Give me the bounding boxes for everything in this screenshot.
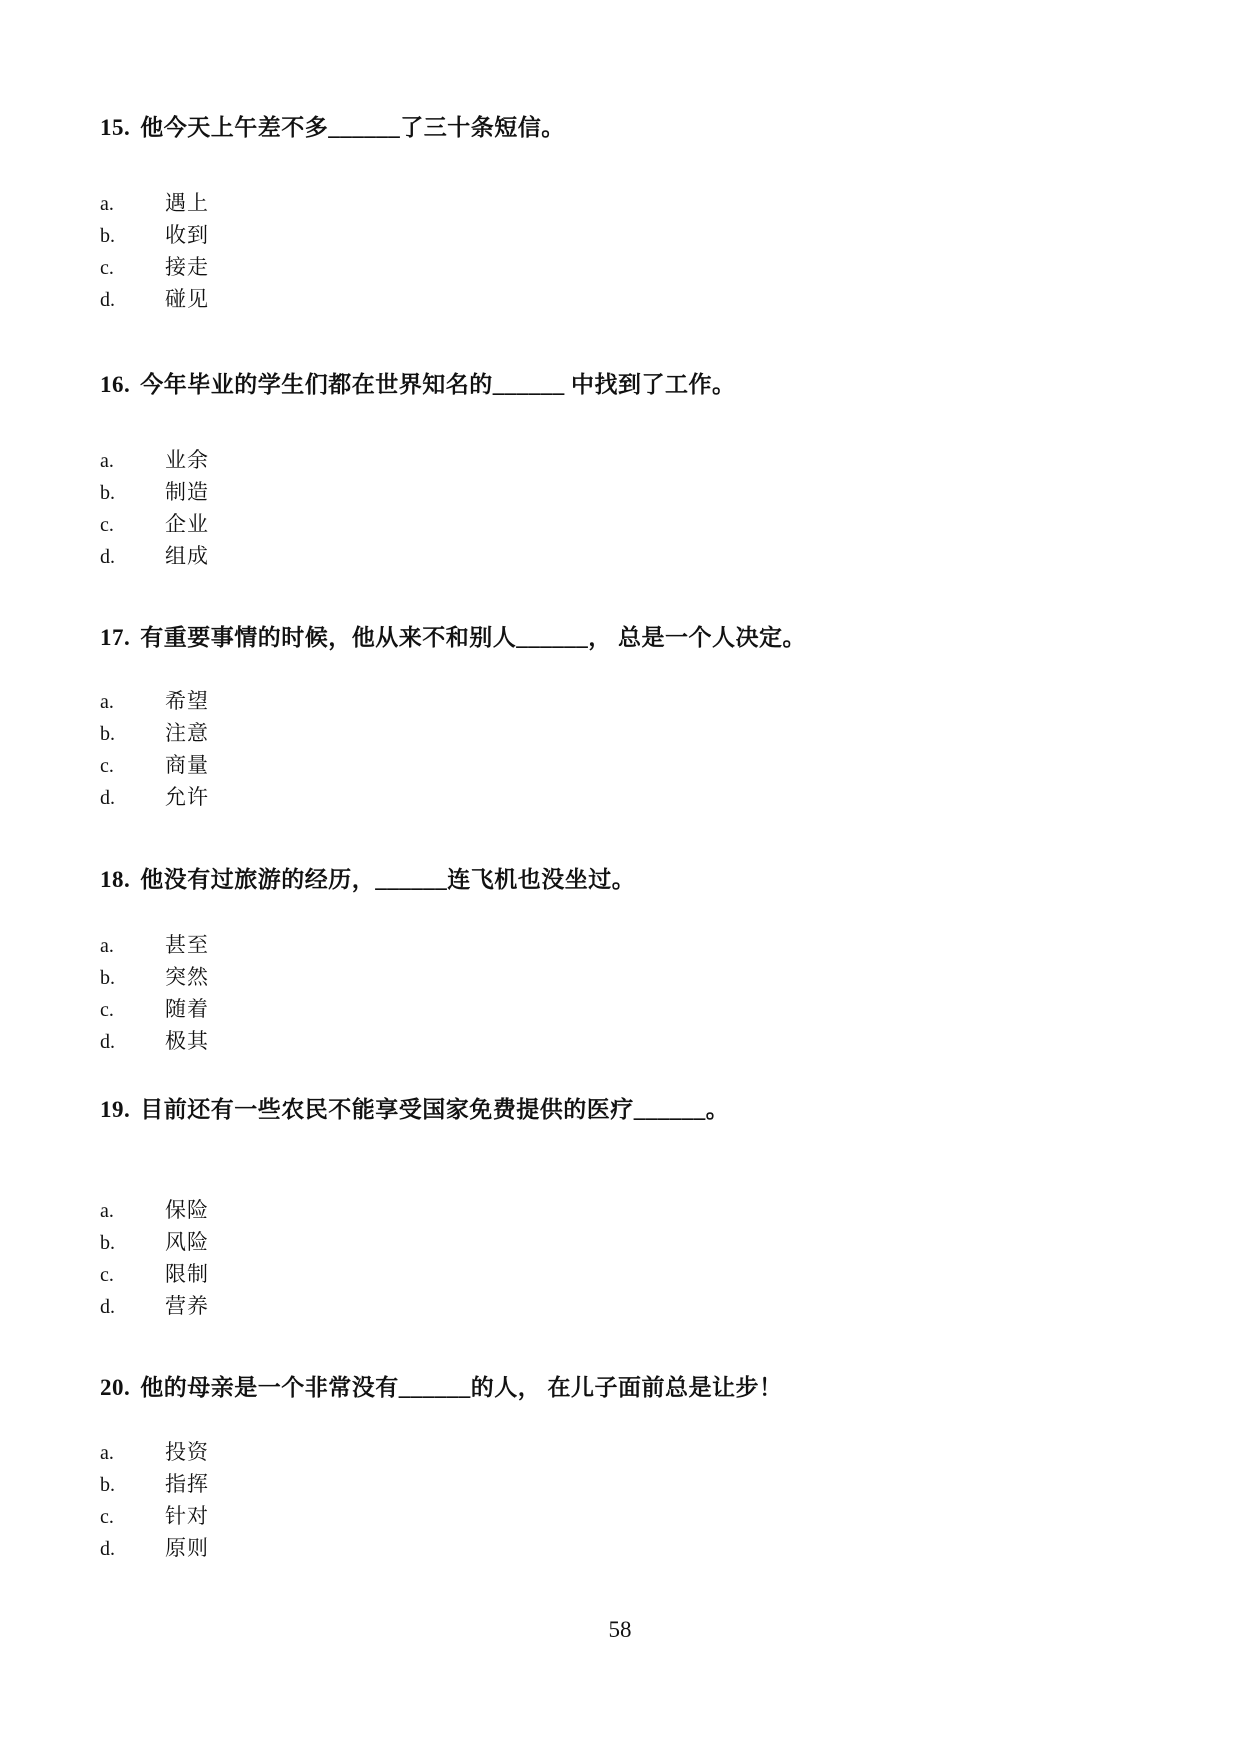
option-text: 制造 — [165, 477, 209, 508]
option-text: 允许 — [165, 782, 209, 813]
option-letter: c. — [100, 751, 165, 782]
question-20-header: 20.他的母亲是一个非常没有______的人， 在儿子面前总是让步！ — [100, 1371, 1180, 1405]
option-text: 甚至 — [165, 930, 209, 961]
option-letter: d. — [100, 783, 165, 814]
question-20-option-c: c. 针对 — [100, 1501, 1180, 1533]
option-letter: d. — [100, 285, 165, 316]
option-text: 原则 — [165, 1533, 209, 1564]
option-letter: d. — [100, 1027, 165, 1058]
question-15: 15.他今天上午差不多______了三十条短信。 a. 遇上 b. 收到 c. … — [100, 111, 1180, 316]
test-page: 15.他今天上午差不多______了三十条短信。 a. 遇上 b. 收到 c. … — [0, 0, 1240, 1754]
question-19-option-b: b. 风险 — [100, 1227, 1180, 1259]
question-18-option-d: d. 极其 — [100, 1026, 1180, 1058]
option-letter: b. — [100, 719, 165, 750]
question-15-option-b: b. 收到 — [100, 220, 1180, 252]
option-text: 业余 — [165, 445, 209, 476]
question-17: 17.有重要事情的时候，他从来不和别人______， 总是一个人决定。 a. 希… — [100, 621, 1180, 814]
option-letter: d. — [100, 1292, 165, 1323]
question-20: 20.他的母亲是一个非常没有______的人， 在儿子面前总是让步！ a. 投资… — [100, 1371, 1180, 1565]
option-text: 遇上 — [165, 188, 209, 219]
option-text: 接走 — [165, 252, 209, 283]
question-15-options: a. 遇上 b. 收到 c. 接走 d. 碰见 — [100, 188, 1180, 316]
option-text: 商量 — [165, 750, 209, 781]
question-20-text: 他的母亲是一个非常没有______的人， 在儿子面前总是让步！ — [140, 1375, 782, 1400]
option-text: 限制 — [165, 1259, 209, 1290]
option-letter: b. — [100, 1228, 165, 1259]
question-19-number: 19. — [100, 1093, 130, 1127]
option-letter: a. — [100, 189, 165, 220]
question-18-number: 18. — [100, 863, 130, 897]
question-20-options: a. 投资 b. 指挥 c. 针对 d. 原则 — [100, 1437, 1180, 1565]
question-18-header: 18.他没有过旅游的经历，______连飞机也没坐过。 — [100, 863, 1180, 897]
question-20-option-a: a. 投资 — [100, 1437, 1180, 1469]
question-20-number: 20. — [100, 1371, 130, 1405]
question-17-header: 17.有重要事情的时候，他从来不和别人______， 总是一个人决定。 — [100, 621, 1180, 655]
question-16-text: 今年毕业的学生们都在世界知名的______ 中找到了工作。 — [140, 372, 735, 397]
question-20-option-d: d. 原则 — [100, 1533, 1180, 1565]
question-19-option-c: c. 限制 — [100, 1259, 1180, 1291]
option-text: 注意 — [165, 718, 209, 749]
question-17-option-d: d. 允许 — [100, 782, 1180, 814]
option-text: 随着 — [165, 994, 209, 1025]
question-18-option-b: b. 突然 — [100, 962, 1180, 994]
option-text: 碰见 — [165, 284, 209, 315]
question-15-option-d: d. 碰见 — [100, 284, 1180, 316]
option-letter: b. — [100, 963, 165, 994]
option-letter: a. — [100, 446, 165, 477]
question-20-option-b: b. 指挥 — [100, 1469, 1180, 1501]
question-17-option-a: a. 希望 — [100, 686, 1180, 718]
option-text: 希望 — [165, 686, 209, 717]
question-17-number: 17. — [100, 621, 130, 655]
option-text: 保险 — [165, 1195, 209, 1226]
question-15-text: 他今天上午差不多______了三十条短信。 — [140, 115, 565, 140]
question-16-option-c: c. 企业 — [100, 509, 1180, 541]
question-15-option-c: c. 接走 — [100, 252, 1180, 284]
option-letter: a. — [100, 931, 165, 962]
option-text: 营养 — [165, 1291, 209, 1322]
option-text: 针对 — [165, 1501, 209, 1532]
option-letter: c. — [100, 253, 165, 284]
question-16-option-a: a. 业余 — [100, 445, 1180, 477]
option-text: 突然 — [165, 962, 209, 993]
option-letter: d. — [100, 1534, 165, 1565]
option-letter: b. — [100, 1470, 165, 1501]
option-letter: b. — [100, 221, 165, 252]
option-letter: a. — [100, 1196, 165, 1227]
question-15-option-a: a. 遇上 — [100, 188, 1180, 220]
question-17-option-c: c. 商量 — [100, 750, 1180, 782]
option-text: 投资 — [165, 1437, 209, 1468]
question-16-number: 16. — [100, 368, 130, 402]
question-16: 16.今年毕业的学生们都在世界知名的______ 中找到了工作。 a. 业余 b… — [100, 368, 1180, 573]
question-18-text: 他没有过旅游的经历，______连飞机也没坐过。 — [140, 867, 635, 892]
question-18-option-c: c. 随着 — [100, 994, 1180, 1026]
question-19-option-a: a. 保险 — [100, 1195, 1180, 1227]
question-17-text: 有重要事情的时候，他从来不和别人______， 总是一个人决定。 — [140, 625, 806, 650]
question-17-options: a. 希望 b. 注意 c. 商量 d. 允许 — [100, 686, 1180, 814]
question-16-header: 16.今年毕业的学生们都在世界知名的______ 中找到了工作。 — [100, 368, 1180, 402]
question-19: 19.目前还有一些农民不能享受国家免费提供的医疗______。 a. 保险 b.… — [100, 1093, 1180, 1323]
question-16-option-b: b. 制造 — [100, 477, 1180, 509]
question-18: 18.他没有过旅游的经历，______连飞机也没坐过。 a. 甚至 b. 突然 … — [100, 863, 1180, 1058]
question-15-header: 15.他今天上午差不多______了三十条短信。 — [100, 111, 1180, 145]
option-letter: a. — [100, 687, 165, 718]
question-17-option-b: b. 注意 — [100, 718, 1180, 750]
option-text: 收到 — [165, 220, 209, 251]
option-text: 组成 — [165, 541, 209, 572]
question-18-options: a. 甚至 b. 突然 c. 随着 d. 极其 — [100, 930, 1180, 1058]
option-text: 极其 — [165, 1026, 209, 1057]
question-19-header: 19.目前还有一些农民不能享受国家免费提供的医疗______。 — [100, 1093, 1180, 1127]
option-letter: c. — [100, 995, 165, 1026]
question-19-option-d: d. 营养 — [100, 1291, 1180, 1323]
option-letter: a. — [100, 1438, 165, 1469]
option-letter: c. — [100, 510, 165, 541]
option-letter: c. — [100, 1502, 165, 1533]
option-letter: c. — [100, 1260, 165, 1291]
option-text: 企业 — [165, 509, 209, 540]
question-19-text: 目前还有一些农民不能享受国家免费提供的医疗______。 — [140, 1097, 729, 1122]
question-16-option-d: d. 组成 — [100, 541, 1180, 573]
question-19-options: a. 保险 b. 风险 c. 限制 d. 营养 — [100, 1195, 1180, 1323]
option-letter: b. — [100, 478, 165, 509]
page-number: 58 — [0, 1615, 1240, 1645]
option-text: 风险 — [165, 1227, 209, 1258]
option-letter: d. — [100, 542, 165, 573]
question-15-number: 15. — [100, 111, 130, 145]
option-text: 指挥 — [165, 1469, 209, 1500]
question-16-options: a. 业余 b. 制造 c. 企业 d. 组成 — [100, 445, 1180, 573]
question-18-option-a: a. 甚至 — [100, 930, 1180, 962]
